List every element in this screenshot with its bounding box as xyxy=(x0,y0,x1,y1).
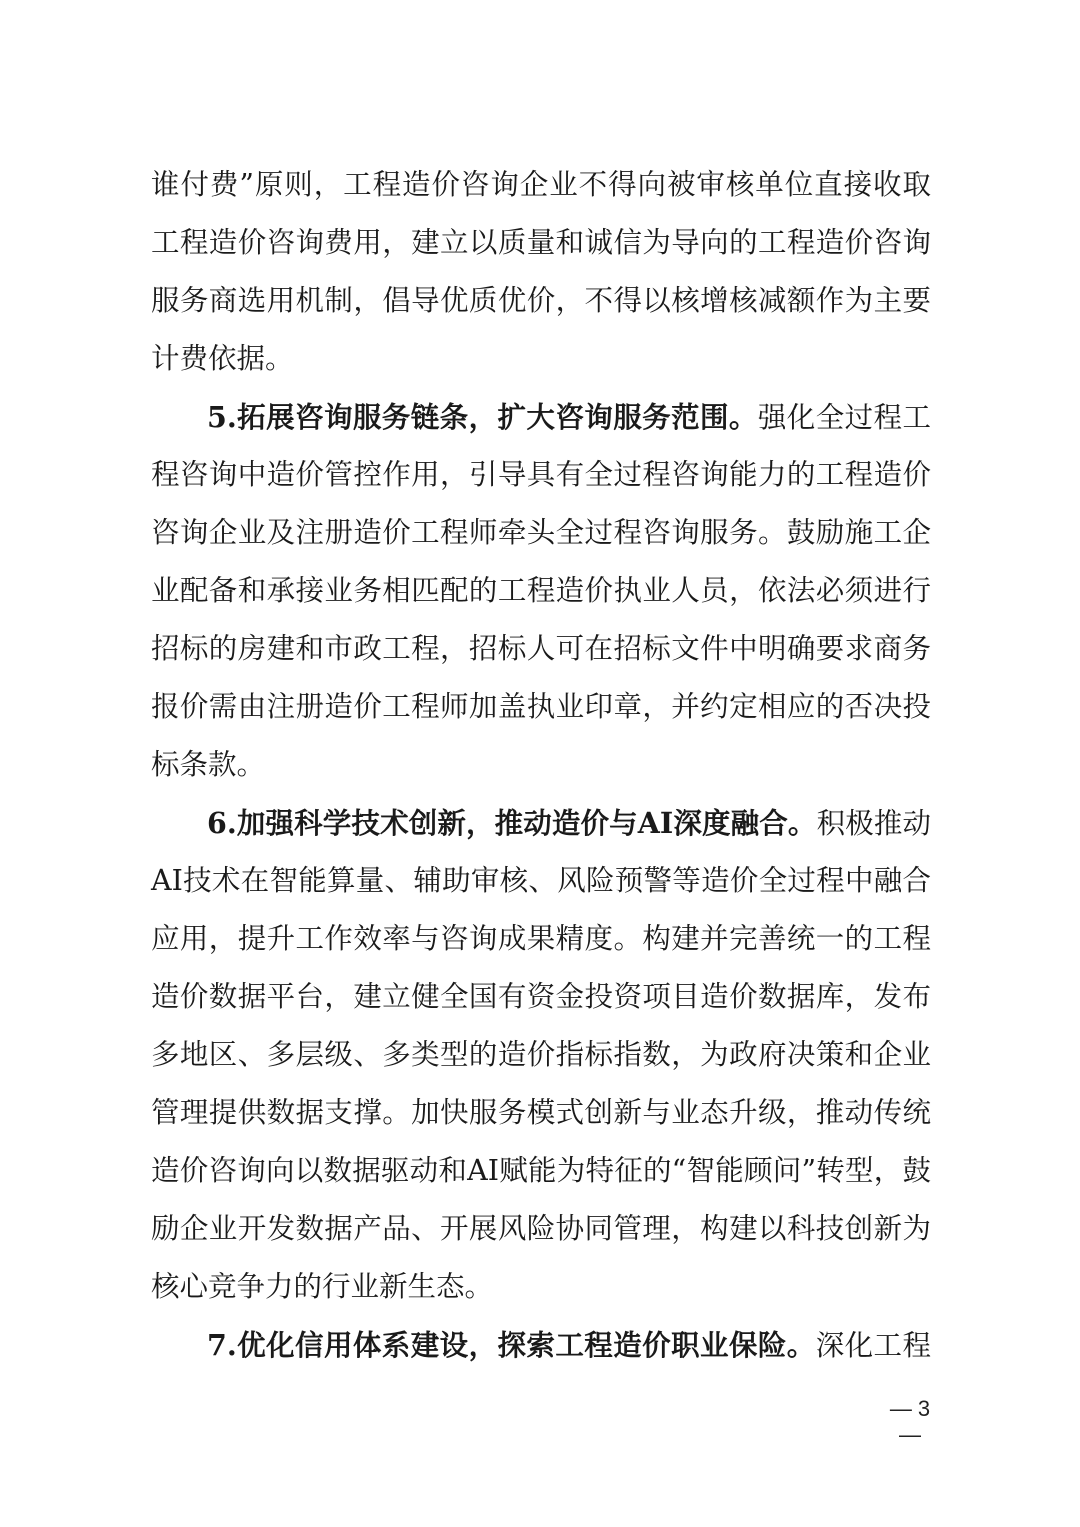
paragraph-line: 计费依据。 xyxy=(151,339,931,379)
section-title: 7.优化信用体系建设，探索工程造价职业保险。 xyxy=(207,1328,816,1362)
section-heading-5: 5.拓展咨询服务链条，扩大咨询服务范围。强化全过程工 xyxy=(207,397,931,437)
paragraph-line: AI技术在智能算量、辅助审核、风险预警等造价全过程中融合 xyxy=(151,861,931,901)
section-title: 5.拓展咨询服务链条，扩大咨询服务范围。 xyxy=(207,400,758,434)
paragraph-line: 业配备和承接业务相匹配的工程造价执业人员，依法必须进行 xyxy=(151,571,931,611)
section-heading-7: 7.优化信用体系建设，探索工程造价职业保险。深化工程 xyxy=(207,1325,931,1365)
paragraph-line: 咨询企业及注册造价工程师牵头全过程咨询服务。鼓励施工企 xyxy=(151,513,931,553)
paragraph-line: 核心竞争力的行业新生态。 xyxy=(151,1267,931,1307)
paragraph-line: 谁付费”原则，工程造价咨询企业不得向被审核单位直接收取 xyxy=(151,165,931,205)
paragraph-line: 励企业开发数据产品、开展风险协同管理，构建以科技创新为 xyxy=(151,1209,931,1249)
paragraph-line: 标条款。 xyxy=(151,745,931,785)
section-title: 6.加强科学技术创新，推动造价与AI深度融合。 xyxy=(207,806,817,840)
paragraph-line: 造价咨询向以数据驱动和AI赋能为特征的“智能顾问”转型，鼓 xyxy=(151,1151,931,1191)
section-heading-6: 6.加强科学技术创新，推动造价与AI深度融合。积极推动 xyxy=(207,803,931,843)
paragraph-line: 工程造价咨询费用，建立以质量和诚信为导向的工程造价咨询 xyxy=(151,223,931,263)
paragraph-line: 招标的房建和市政工程，招标人可在招标文件中明确要求商务 xyxy=(151,629,931,669)
paragraph-line: 报价需由注册造价工程师加盖执业印章，并约定相应的否决投 xyxy=(151,687,931,727)
paragraph-line: 应用，提升工作效率与咨询成果精度。构建并完善统一的工程 xyxy=(151,919,931,959)
page-number: — 3 — xyxy=(880,1396,940,1448)
paragraph-line: 造价数据平台，建立健全国有资金投资项目造价数据库，发布 xyxy=(151,977,931,1017)
paragraph-line: 管理提供数据支撑。加快服务模式创新与业态升级，推动传统 xyxy=(151,1093,931,1133)
paragraph-line: 程咨询中造价管控作用，引导具有全过程咨询能力的工程造价 xyxy=(151,455,931,495)
paragraph-line: 服务商选用机制，倡导优质优价，不得以核增核减额作为主要 xyxy=(151,281,931,321)
document-page: 谁付费”原则，工程造价咨询企业不得向被审核单位直接收取 工程造价咨询费用，建立以… xyxy=(0,0,1080,1527)
paragraph-line: 多地区、多层级、多类型的造价指标指数，为政府决策和企业 xyxy=(151,1035,931,1075)
